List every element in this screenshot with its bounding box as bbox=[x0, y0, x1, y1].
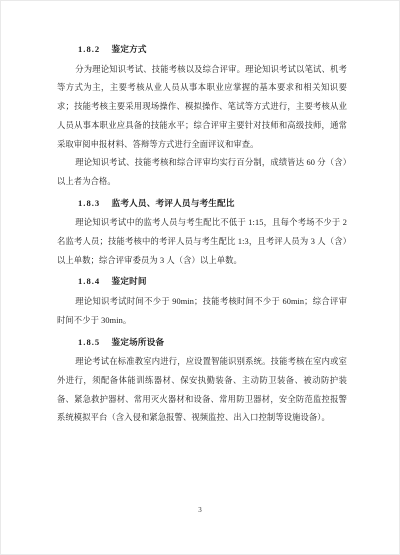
section-number: 1.8.2 bbox=[78, 44, 100, 54]
page-number: 3 bbox=[1, 506, 399, 514]
paragraph: 理论知识考试、技能考核和综合评审均实行百分制，成绩皆达 60 分（含）以上者为合… bbox=[57, 154, 347, 191]
section-number: 1.8.5 bbox=[78, 337, 100, 347]
section-heading-1-8-2: 1.8.2 鉴定方式 bbox=[57, 40, 347, 59]
paragraph: 理论知识考试中的监考人员与考生配比不低于 1:15，且每个考场不少于 2 名监考… bbox=[57, 214, 347, 270]
section-number: 1.8.4 bbox=[78, 276, 100, 286]
paragraph: 理论考试在标准教室内进行，应设置智能识别系统。技能考核在室内或室外进行，须配备体… bbox=[57, 353, 347, 428]
section-heading-1-8-5: 1.8.5 鉴定场所设备 bbox=[57, 333, 347, 352]
section-heading-1-8-4: 1.8.4 鉴定时间 bbox=[57, 272, 347, 291]
section-title: 监考人员、考评人员与考生配比 bbox=[112, 198, 235, 208]
document-content: 1.8.2 鉴定方式 分为理论知识考试、技能考核以及综合评审。理论知识考试以笔试… bbox=[57, 1, 347, 428]
section-number: 1.8.3 bbox=[78, 198, 100, 208]
paragraph: 分为理论知识考试、技能考核以及综合评审。理论知识考试以笔试、机考等方式为主，主要… bbox=[57, 61, 347, 155]
paragraph: 理论知识考试时间不少于 90min；技能考核时间不少于 60min；综合评审时间… bbox=[57, 293, 347, 330]
section-heading-1-8-3: 1.8.3 监考人员、考评人员与考生配比 bbox=[57, 194, 347, 213]
section-title: 鉴定时间 bbox=[112, 276, 147, 286]
section-title: 鉴定场所设备 bbox=[112, 337, 165, 347]
document-page: 1.8.2 鉴定方式 分为理论知识考试、技能考核以及综合评审。理论知识考试以笔试… bbox=[0, 0, 400, 555]
section-title: 鉴定方式 bbox=[112, 44, 147, 54]
